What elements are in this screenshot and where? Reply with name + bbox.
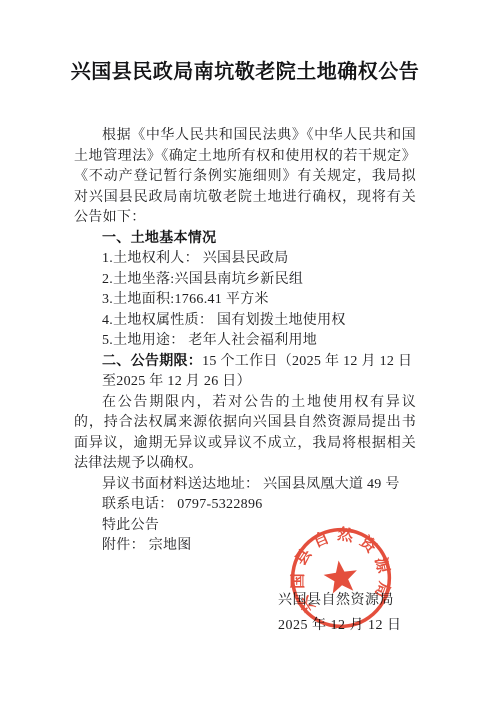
item-land-right-holder: 1.土地权利人： 兴国县民政局: [74, 249, 416, 270]
objection-address-line: 异议书面材料送达地址： 兴国县凤凰大道 49 号: [74, 475, 416, 496]
page-title: 兴国县民政局南坑敬老院土地确权公告: [66, 58, 424, 86]
section1-heading: 一、土地基本情况: [74, 229, 416, 250]
item-land-location: 2.土地坐落:兴国县南坑乡新民组: [74, 270, 416, 291]
item-land-area: 3.土地面积:1766.41 平方米: [74, 290, 416, 311]
page: { "page": { "background": "#ffffff", "te…: [0, 0, 500, 707]
intro-paragraph: 根据《中华人民共和国民法典》《中华人民共和国土地管理法》《确定土地所有权和使用权…: [74, 126, 416, 229]
announcement-document: 兴国县民政局南坑敬老院土地确权公告 根据《中华人民共和国民法典》《中华人民共和国…: [74, 58, 416, 557]
signature-org: 兴国县自然资源局: [278, 588, 402, 613]
section2-heading-line: 二、公告期限：15 个工作日（2025 年 12 月 12 日至2025 年 1…: [74, 352, 416, 393]
attachment-line: 附件： 宗地图: [74, 536, 416, 557]
contact-phone-line: 联系电话： 0797-5322896: [74, 495, 416, 516]
signature-date: 2025 年 12 月 12 日: [278, 613, 402, 638]
section2-body-paragraph: 在公告期限内，若对公告的土地使用权有异议的，持合法权属来源依据向兴国县自然资源局…: [74, 393, 416, 475]
item-land-ownership: 4.土地权属性质： 国有划拨土地使用权: [74, 311, 416, 332]
item-land-usage: 5.土地用途： 老年人社会福利用地: [74, 331, 416, 352]
signature-block: 兴国县自然资源局 2025 年 12 月 12 日: [278, 588, 402, 638]
section2-heading: 二、公告期限：: [102, 354, 202, 369]
closing-line: 特此公告: [74, 516, 416, 537]
